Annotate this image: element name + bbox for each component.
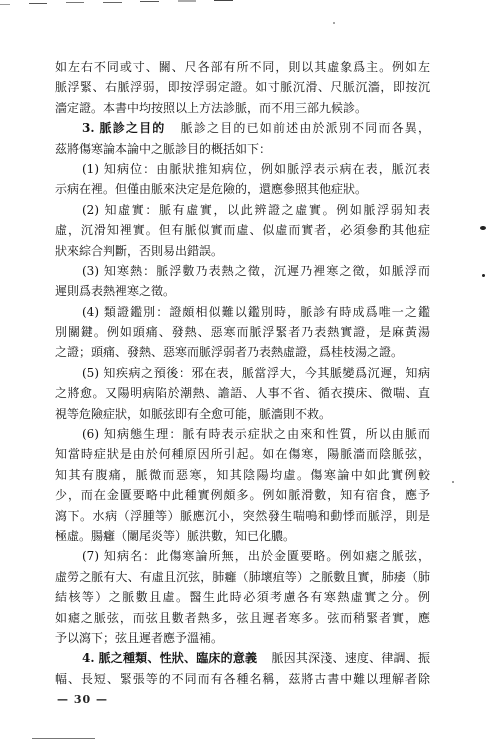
- text-line: 如左右不同或寸、關、尺各部有所不同，則以其虛象爲主。例如左: [55, 57, 430, 77]
- scan-speck: [452, 481, 454, 483]
- list-item-4: (4) 類證鑑別：證頗相似難以鑑別時，脈診有時成爲唯一之鑑: [55, 302, 430, 322]
- text-line: 脈有時表示症狀之由來和性質，所以由脈而: [182, 427, 430, 441]
- section-number: 3.: [82, 121, 95, 135]
- text-line: 少，而在金匱要略中此種實例頗多。例如脈滑數，知有宿食，應予: [55, 485, 430, 505]
- text-line: 由脈狀推知病位，例如脈浮表示病在表，脈沉表: [156, 162, 430, 176]
- text-line: 邪在表，脈當浮大，今其脈變爲沉遲，知病: [191, 366, 430, 380]
- item-label: (4) 類證鑑別：: [82, 305, 169, 319]
- text-line: 此傷寒論所無，出於金匱要略。例如瘧之脈弦，: [156, 549, 430, 563]
- text-line: 脈因其深淺、速度、律調、振: [271, 651, 430, 665]
- text-line: 別關鍵。例如頭痛、發熱、惡寒而脈浮緊者乃表熱實證，是麻黃湯: [55, 322, 430, 342]
- scan-dash: [103, 2, 122, 3]
- text-line: 之證；頭痛、發熱、惡寒而脈浮弱者乃表熱虛證，爲桂枝湯之證。: [55, 342, 430, 362]
- scan-speck: [333, 22, 335, 24]
- text-line: 極虛。腸癰（闌尾炎等）脈洪數，知已化膿。: [55, 526, 430, 546]
- item-label: (1) 知病位：: [82, 162, 156, 176]
- footer-rule: [32, 738, 95, 739]
- page-body-text: 如左右不同或寸、關、尺各部有所不同，則以其虛象爲主。例如左 脈浮緊、右脈浮弱，即…: [55, 57, 430, 689]
- scan-dash: [29, 3, 47, 4]
- text-line: 虛勞之脈有大、有虛且沉弦，肺癰（肺壞疽等）之脈數且實，肺痿（肺: [55, 567, 430, 587]
- text-line: 狀來綜合判斷，否則易出錯誤。: [55, 241, 430, 261]
- item-label: (2) 知虛實：: [82, 203, 159, 217]
- list-item-6: (6) 知病態生理：脈有時表示症狀之由來和性質，所以由脈而: [55, 424, 430, 444]
- text-line: 證頗相似難以鑑別時，脈診有時成爲唯一之鑑: [169, 305, 430, 319]
- scan-dash: [178, 0, 196, 2]
- section-title: 脈之種類、性狀、臨床的意義: [99, 651, 258, 665]
- list-item-2: (2) 知虛實：脈有虛實，以此辨證之虛實。例如脈浮弱知表: [55, 200, 430, 220]
- text-line: 示病在裡。但僅由脈來決定是危險的，還應參照其他症狀。: [55, 179, 430, 199]
- text-line: 知當時症狀是由於何種原因所引起。如在傷寒，陽脈濇而陰脈弦，: [55, 444, 430, 464]
- text-line: 視等危險症狀，如脈弦即有全愈可能，脈濇則不救。: [55, 404, 430, 424]
- list-item-5: (5) 知疾病之預後：邪在表，脈當浮大，今其脈變爲沉遲，知病: [55, 363, 430, 383]
- item-label: (7) 知病名：: [82, 549, 156, 563]
- text-line: 脈診之目的已如前述由於派別不同而各異，: [179, 121, 430, 135]
- scan-speck: [482, 274, 485, 277]
- item-label: (3) 知寒熱：: [82, 264, 156, 278]
- text-line: 如瘧之脈弦，而弦且數者熱多，弦且遲者寒多。弦而稍緊者實，應: [55, 608, 430, 628]
- section-heading-4: 4. 脈之種類、性狀、臨床的意義脈因其深淺、速度、律調、振: [55, 648, 430, 668]
- section-heading-3: 3. 脈診之目的脈診之目的已如前述由於派別不同而各異，: [55, 118, 430, 138]
- item-label: (6) 知病態生理：: [82, 427, 182, 441]
- text-line: 濇定證。本書中均按照以上方法診脈，而不用三部九候診。: [55, 98, 430, 118]
- text-line: 脈浮數乃表熱之徵，沉遲乃裡寒之徵，如脈浮而: [156, 264, 430, 278]
- text-line: 茲將傷寒論本論中之脈診目的概括如下：: [55, 139, 430, 159]
- scan-blot: [480, 226, 486, 230]
- text-line: 虛，沉滑知裡實。但有脈似實而虛、似虛而實者，必須參酌其他症: [55, 220, 430, 240]
- scan-dash: [214, 0, 233, 1]
- text-line: 之將愈。又陽明病陷於潮熱、譫語、人事不省、循衣摸床、微喘、直: [55, 383, 430, 403]
- text-line: 脈有虛實，以此辨證之虛實。例如脈浮弱知表: [159, 203, 430, 217]
- page-number: — 30 —: [57, 693, 108, 706]
- scan-dash: [140, 1, 159, 2]
- text-line: 脈浮緊、右脈浮弱，即按浮弱定證。如寸脈沉滑、尺脈沉濇，即按沉: [55, 77, 430, 97]
- scan-dash: [0, 4, 10, 5]
- list-item-3: (3) 知寒熱：脈浮數乃表熱之徵，沉遲乃裡寒之徵，如脈浮而: [55, 261, 430, 281]
- text-line: 結核等）之脈數且虛。醫生此時必須考慮各有寒熱虛實之分。例: [55, 587, 430, 607]
- list-item-7: (7) 知病名：此傷寒論所無，出於金匱要略。例如瘧之脈弦，: [55, 546, 430, 566]
- item-label: (5) 知疾病之預後：: [82, 366, 191, 380]
- section-title: 脈診之目的: [100, 121, 166, 135]
- list-item-1: (1) 知病位：由脈狀推知病位，例如脈浮表示病在表，脈沉表: [55, 159, 430, 179]
- section-number: 4.: [82, 651, 95, 665]
- text-line: 幅、長短、緊張等的不同而有各種名稱，茲將古書中難以理解者除: [55, 669, 430, 689]
- text-line: 瀉下。水病（浮腫等）脈應沉小，突然發生喘鳴和動悸而脈浮，則是: [55, 506, 430, 526]
- text-line: 予以瀉下；弦且遲者應予溫補。: [55, 628, 430, 648]
- text-line: 知其有腹痛，脈微而惡寒，知其陰陽均虛。傷寒論中如此實例較: [55, 465, 430, 485]
- scan-dash: [66, 2, 84, 3]
- text-line: 遲則爲表熱裡寒之徵。: [55, 281, 430, 301]
